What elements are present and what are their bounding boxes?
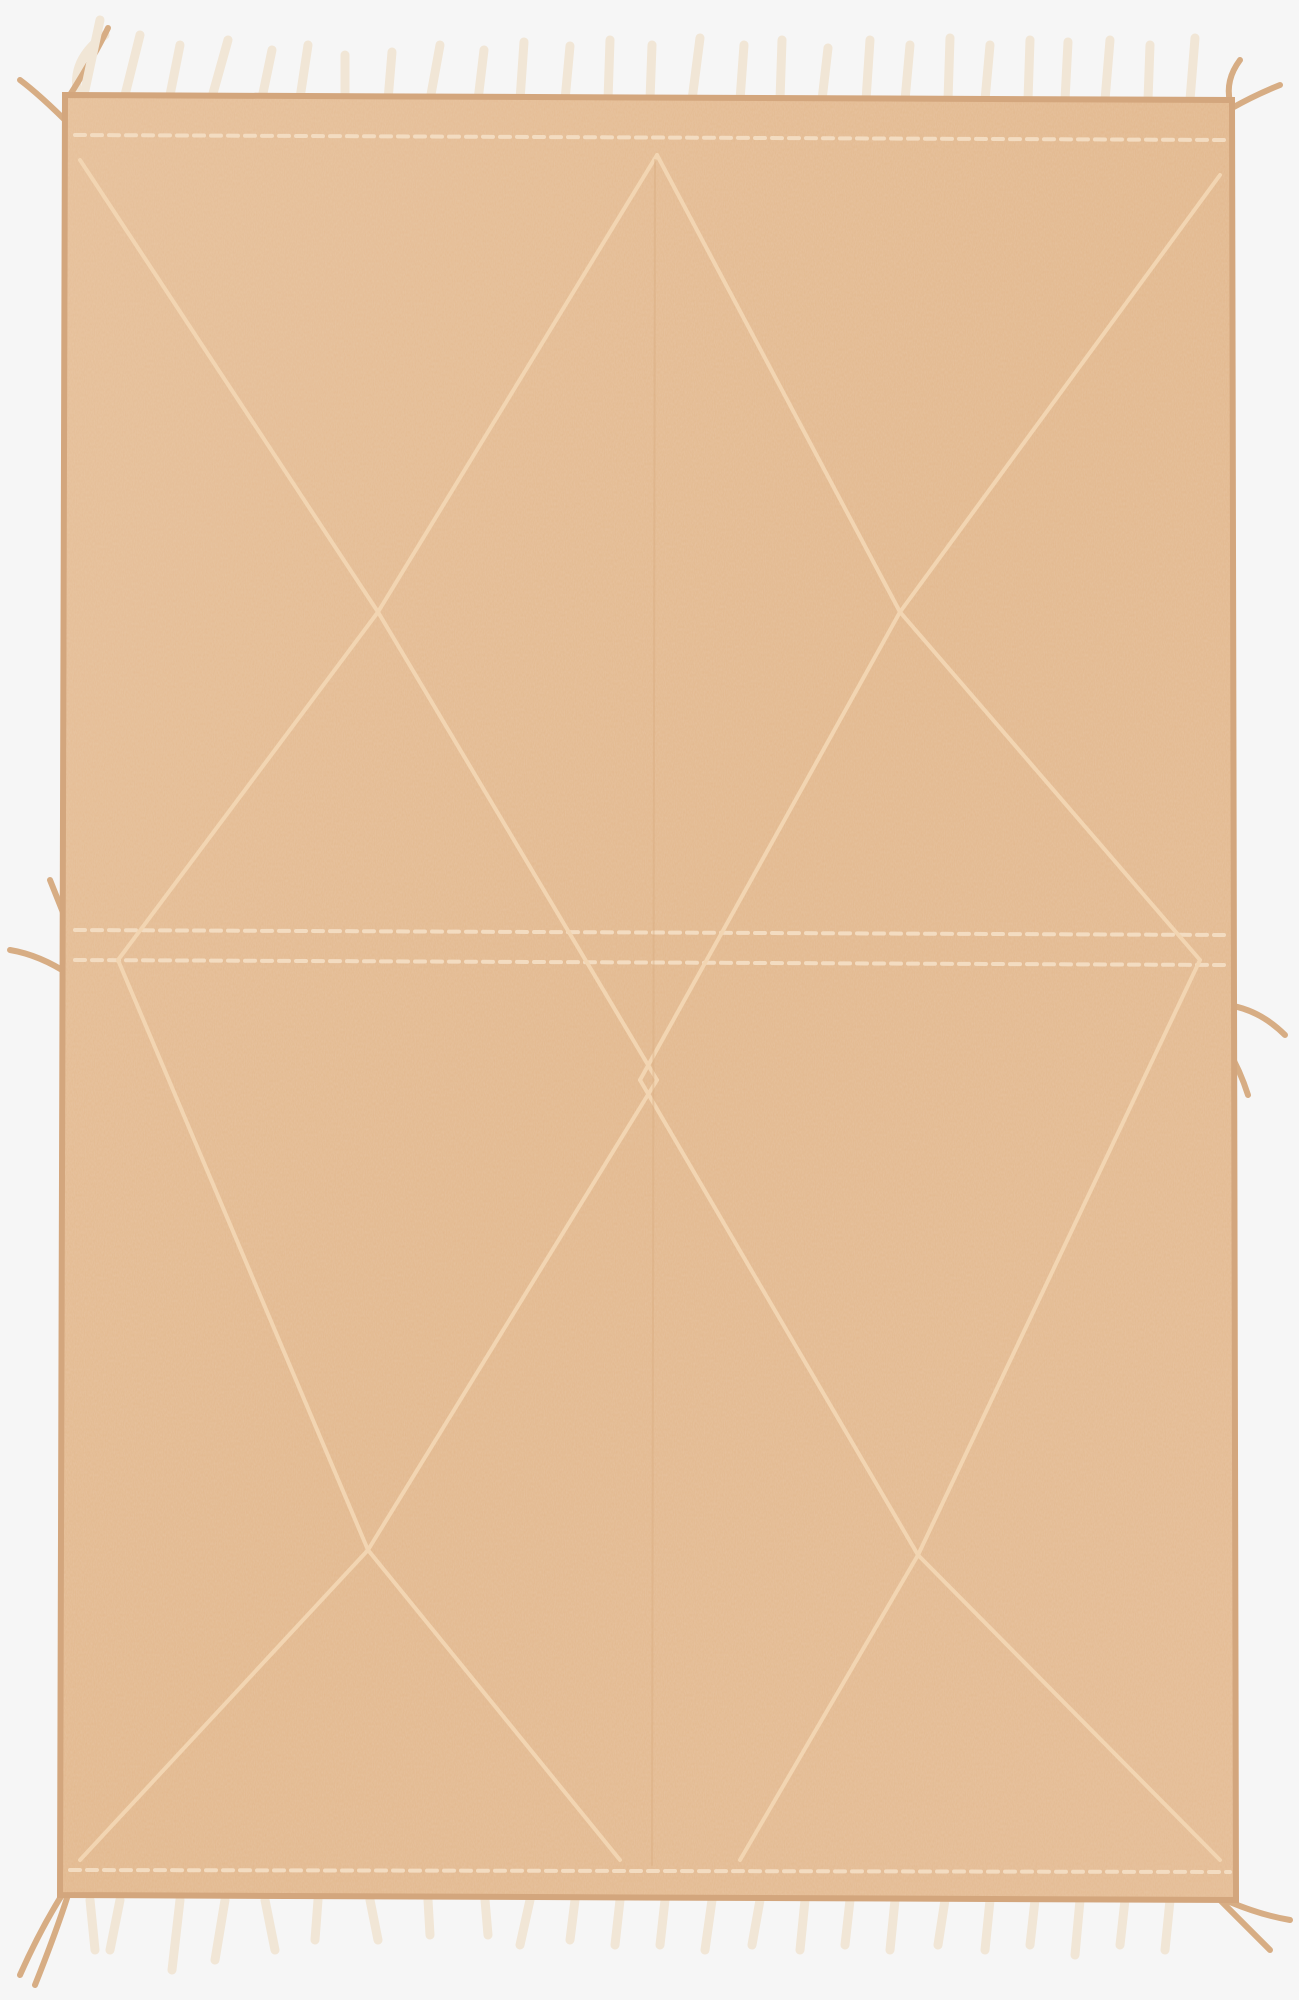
rug-photo — [0, 0, 1299, 2000]
bottom-fringe — [20, 1895, 1290, 1985]
rug-body — [60, 95, 1236, 1900]
